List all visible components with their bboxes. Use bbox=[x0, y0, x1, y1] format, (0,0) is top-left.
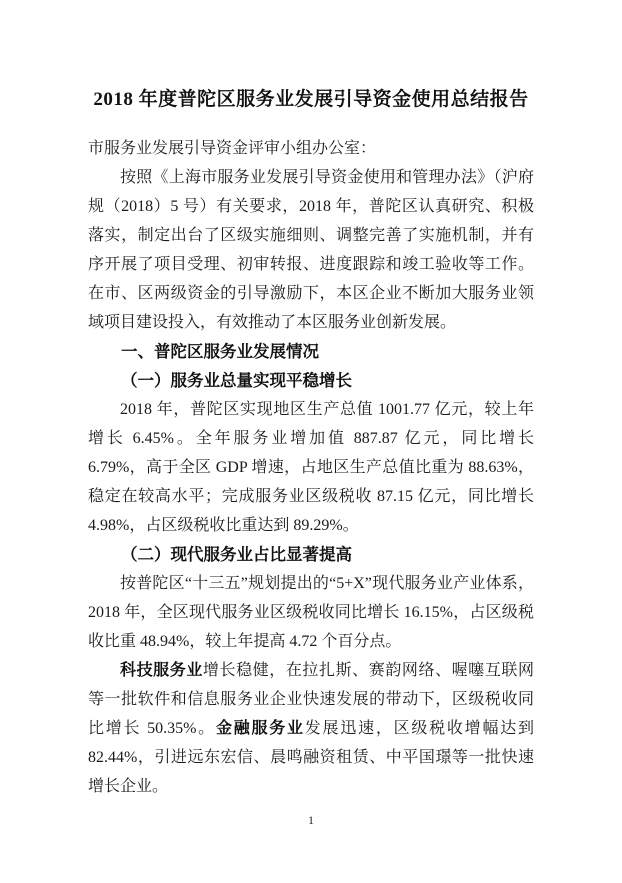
keyword-tech-services: 科技服务业 bbox=[120, 662, 203, 679]
section-1-1-paragraph: 2018 年，普陀区实现地区生产总值 1001.77 亿元，较上年增长 6.45… bbox=[88, 395, 534, 540]
document-page: 2018 年度普陀区服务业发展引导资金使用总结报告 市服务业发展引导资金评审小组… bbox=[0, 0, 622, 883]
section-1-heading: 一、普陀区服务业发展情况 bbox=[88, 337, 534, 366]
document-title: 2018 年度普陀区服务业发展引导资金使用总结报告 bbox=[88, 86, 534, 113]
page-number: 1 bbox=[0, 813, 622, 827]
section-1-2-heading: （二）现代服务业占比显著提高 bbox=[88, 540, 534, 569]
keyword-financial-services: 金融服务业 bbox=[216, 720, 305, 737]
document-content: 2018 年度普陀区服务业发展引导资金使用总结报告 市服务业发展引导资金评审小组… bbox=[88, 86, 534, 801]
section-1-1-heading: （一）服务业总量实现平稳增长 bbox=[88, 366, 534, 395]
intro-paragraph: 按照《上海市服务业发展引导资金使用和管理办法》（沪府规（2018）5 号）有关要… bbox=[88, 163, 534, 337]
section-1-2-paragraph-1: 按普陀区“十三五”规划提出的“5+X”现代服务业产业体系，2018 年，全区现代… bbox=[88, 569, 534, 656]
salutation-line: 市服务业发展引导资金评审小组办公室： bbox=[88, 134, 534, 163]
section-1-2-paragraph-2: 科技服务业增长稳健，在拉扎斯、赛韵网络、喔噻互联网等一批软件和信息服务业企业快速… bbox=[88, 656, 534, 801]
